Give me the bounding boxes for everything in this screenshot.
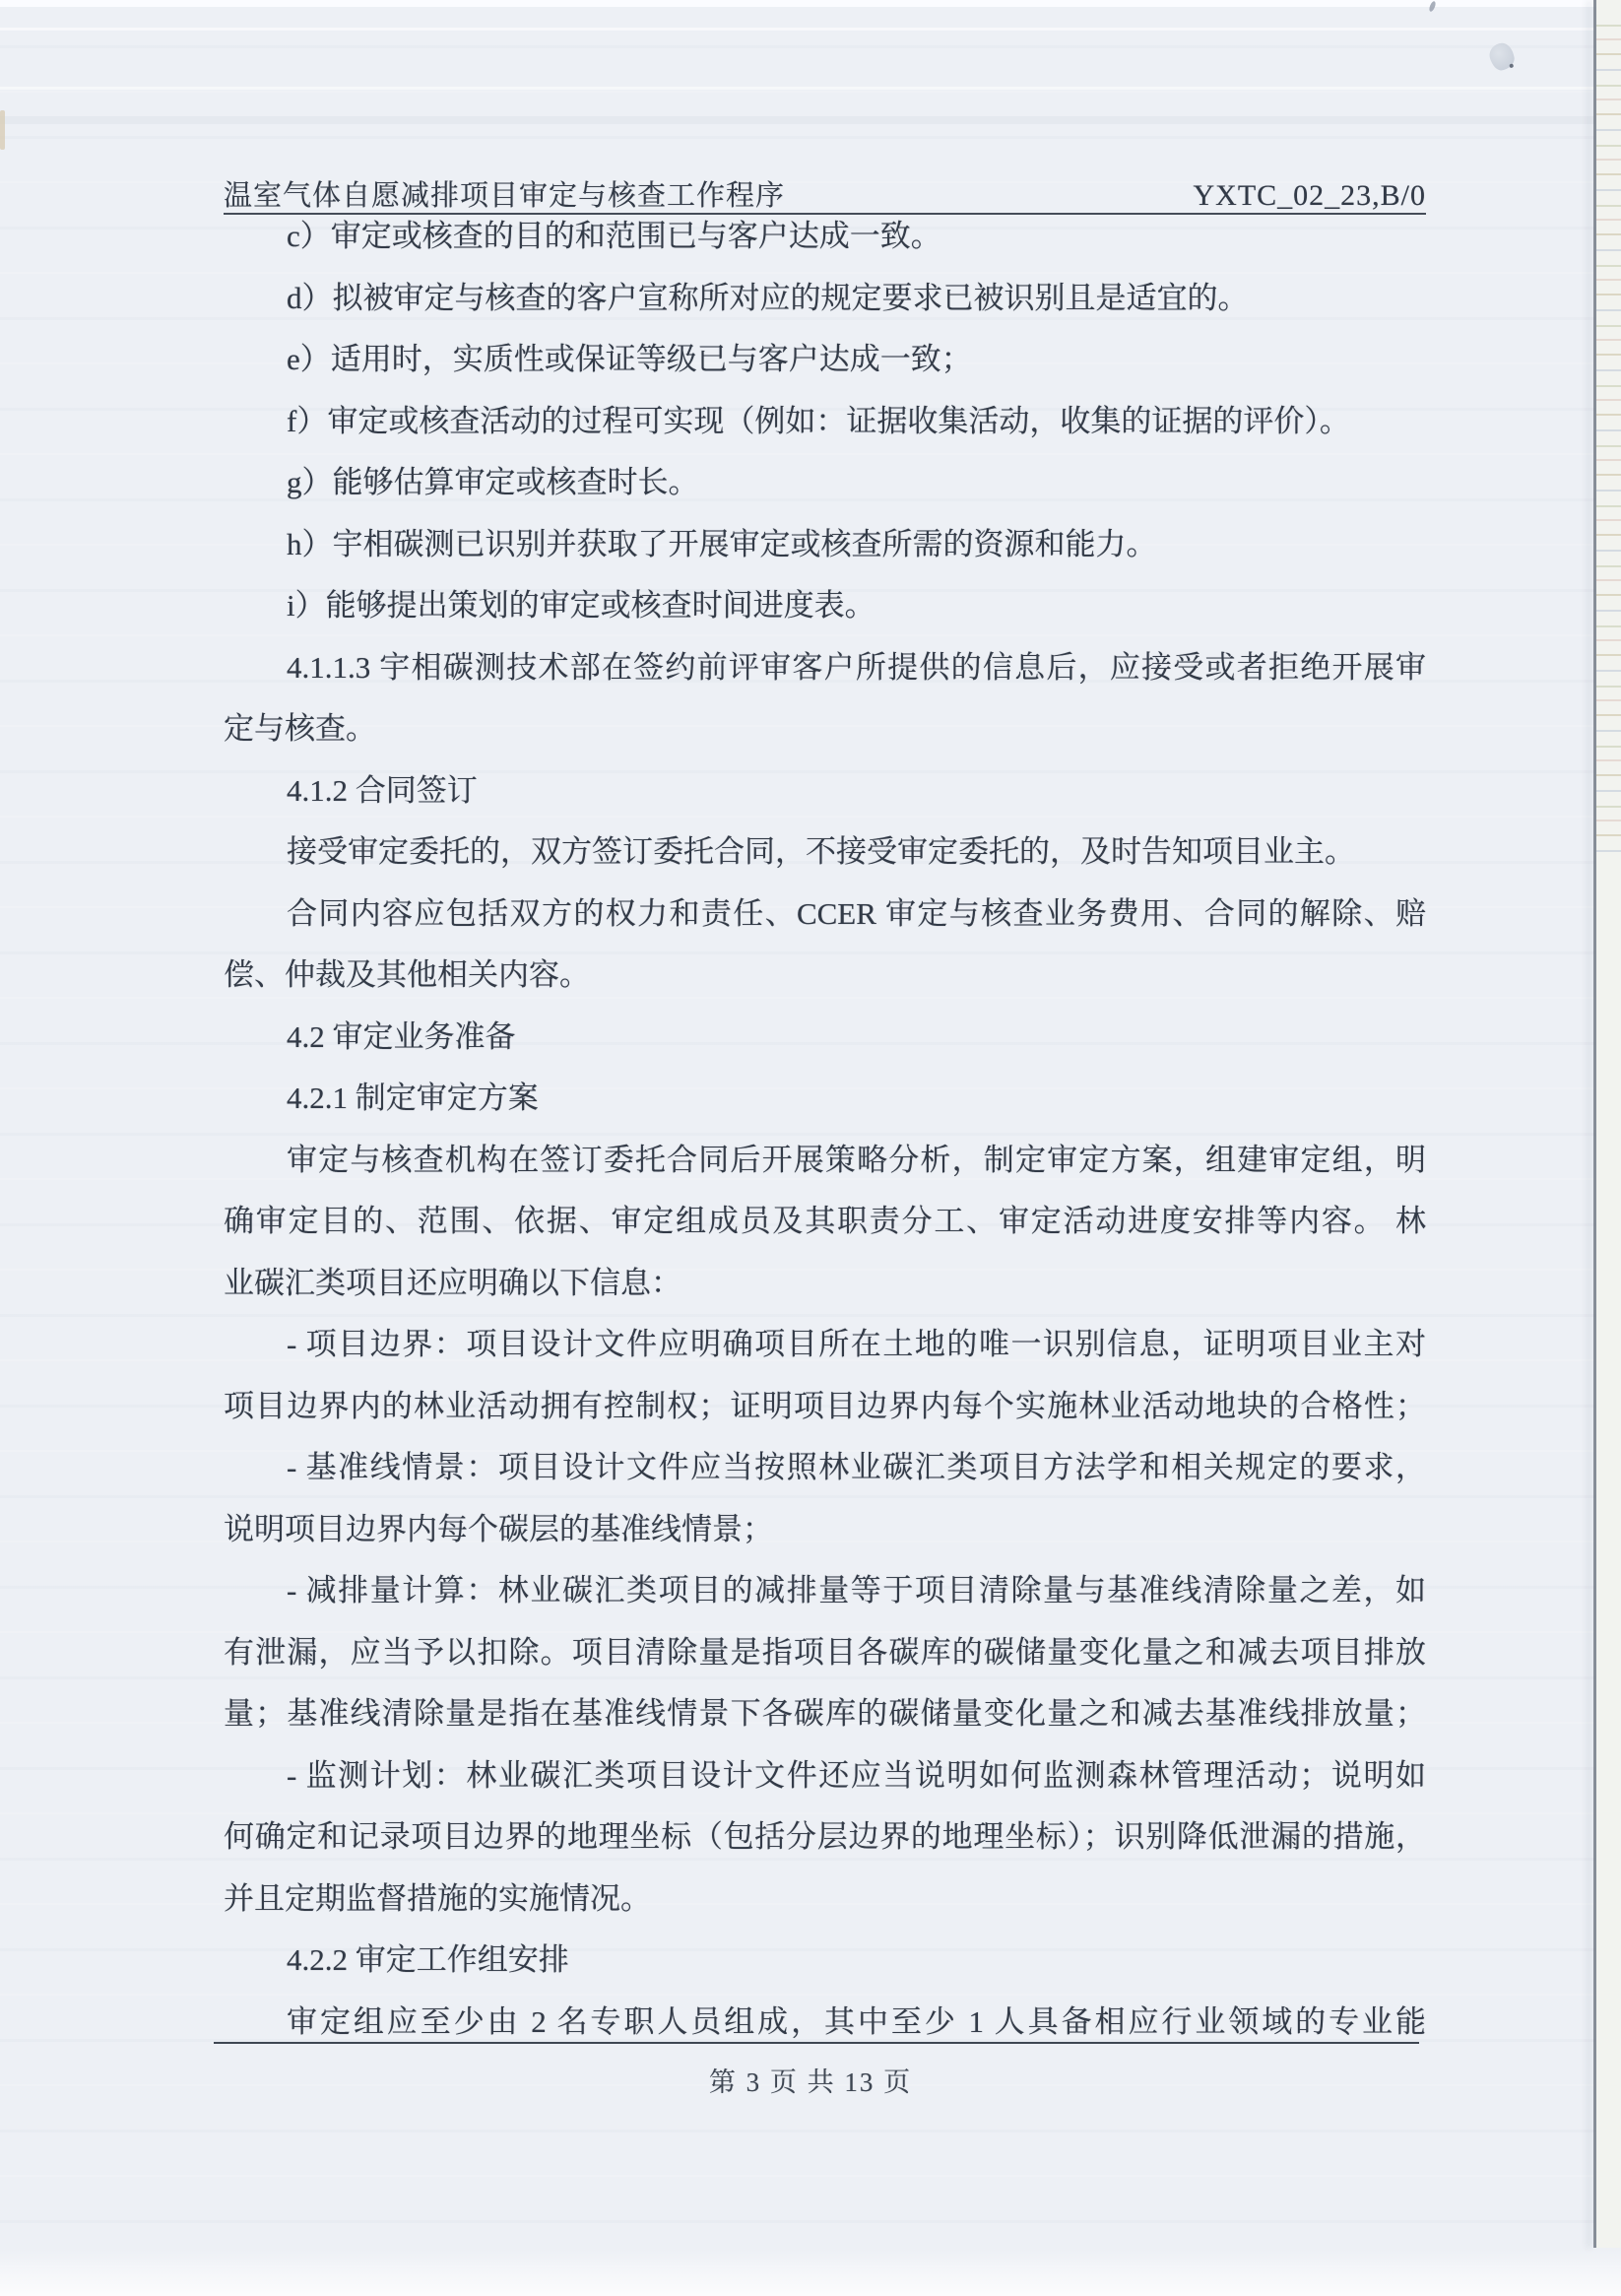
scan-speck xyxy=(0,110,5,150)
text-line: 有泄漏，应当予以扣除。项目清除量是指项目各碳库的碳储量变化量之和减去项目排放 xyxy=(224,1622,1426,1684)
scan-smudge xyxy=(1487,40,1517,72)
text-line: e）适用时，实质性或保证等级已与客户达成一致； xyxy=(224,329,1426,391)
text-line: - 基准线情景：项目设计文件应当按照林业碳汇类项目方法学和相关规定的要求， xyxy=(224,1437,1426,1499)
page-number: 第 3 页 共 13 页 xyxy=(709,2067,912,2097)
text-line: 说明项目边界内每个碳层的基准线情景； xyxy=(224,1499,1426,1561)
text-line: 接受审定委托的，双方签订委托合同，不接受审定委托的，及时告知项目业主。 xyxy=(224,821,1426,884)
text-line: g）能够估算审定或核查时长。 xyxy=(224,452,1426,514)
text-line: 项目边界内的林业活动拥有控制权；证明项目边界内每个实施林业活动地块的合格性； xyxy=(224,1376,1426,1438)
text-line: 4.2.2 审定工作组安排 xyxy=(224,1930,1426,1992)
body-text: c）审定或核查的目的和范围已与客户达成一致。d）拟被审定与核查的客户宣称所对应的… xyxy=(224,206,1426,2053)
scan-bottom-fade xyxy=(0,2249,1621,2296)
text-line: f）审定或核查活动的过程可实现（例如：证据收集活动，收集的证据的评价）。 xyxy=(224,391,1426,453)
page-footer: 第 3 页 共 13 页 xyxy=(0,2061,1621,2099)
text-line: 4.2.1 制定审定方案 xyxy=(224,1068,1426,1130)
text-line: 4.1.1.3 宇相碳测技术部在签约前评审客户所提供的信息后，应接受或者拒绝开展… xyxy=(224,637,1426,699)
text-line: 并且定期监督措施的实施情况。 xyxy=(224,1869,1426,1931)
text-line: i）能够提出策划的审定或核查时间进度表。 xyxy=(224,575,1426,637)
text-line: 偿、仲裁及其他相关内容。 xyxy=(224,945,1426,1007)
text-line: 4.2 审定业务准备 xyxy=(224,1007,1426,1069)
text-line: 审定与核查机构在签订委托合同后开展策略分析，制定审定方案，组建审定组，明 xyxy=(224,1130,1426,1192)
scan-noise-strip xyxy=(1596,0,1621,2248)
text-line: c）审定或核查的目的和范围已与客户达成一致。 xyxy=(224,206,1426,268)
text-line: 量；基准线清除量是指在基准线情景下各碳库的碳储量变化量之和减去基准线排放量； xyxy=(224,1683,1426,1745)
text-line: - 监测计划：林业碳汇类项目设计文件还应当说明如何监测森林管理活动；说明如 xyxy=(224,1745,1426,1807)
text-line: d）拟被审定与核查的客户宣称所对应的规定要求已被识别且是适宜的。 xyxy=(224,268,1426,330)
text-line: - 项目边界：项目设计文件应明确项目所在土地的唯一识别信息，证明项目业主对 xyxy=(224,1314,1426,1376)
text-line: 确审定目的、范围、依据、审定组成员及其职责分工、审定活动进度安排等内容。 林 xyxy=(224,1191,1426,1253)
footer-rule xyxy=(214,2042,1419,2044)
text-line: - 减排量计算：林业碳汇类项目的减排量等于项目清除量与基准线清除量之差，如 xyxy=(224,1560,1426,1622)
scan-band xyxy=(0,28,1595,31)
text-line: 合同内容应包括双方的权力和责任、CCER 审定与核查业务费用、合同的解除、赔 xyxy=(224,884,1426,946)
text-line: 4.1.2 合同签订 xyxy=(224,760,1426,822)
text-line: h）宇相碳测已识别并获取了开展审定或核查所需的资源和能力。 xyxy=(224,514,1426,576)
scan-top-edge xyxy=(0,0,1621,7)
scan-band xyxy=(0,116,1595,124)
text-line: 何确定和记录项目边界的地理坐标（包括分层边界的地理坐标）；识别降低泄漏的措施， xyxy=(224,1806,1426,1869)
text-line: 业碳汇类项目还应明确以下信息： xyxy=(224,1253,1426,1315)
text-line: 定与核查。 xyxy=(224,698,1426,760)
scan-band xyxy=(0,87,1595,90)
